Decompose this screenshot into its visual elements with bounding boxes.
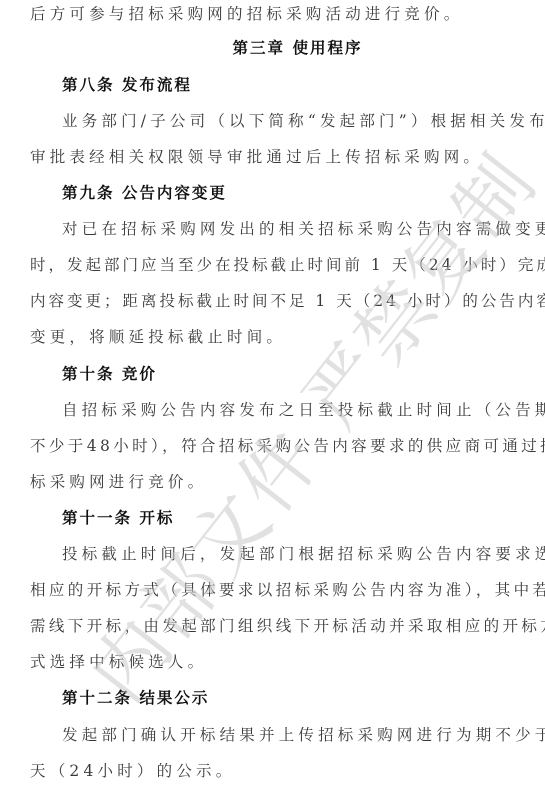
article-12-heading: 第十二条 结果公示 [62,680,492,716]
article-10-paragraph-line: 自招标采购公告内容发布之日至投标截止时间止（公告期限 [62,392,492,428]
article-10-paragraph-line: 不少于48小时），符合招标采购公告内容要求的供应商可通过招 [30,428,492,464]
chapter-title: 第三章 使用程序 [0,30,545,66]
article-8-heading: 第八条 发布流程 [62,67,492,103]
article-9-heading: 第九条 公告内容变更 [62,175,492,211]
article-9-paragraph-line: 内容变更；距离投标截止时间不足 1 天（24 小时）的公告内容 [30,283,492,319]
article-11-paragraph-line: 相应的开标方式（具体要求以招标采购公告内容为准），其中若 [30,572,492,608]
article-12-paragraph-line: 发起部门确认开标结果并上传招标采购网进行为期不少于1 [62,717,492,753]
article-12-paragraph-line: 天（24小时）的公示。 [30,753,492,789]
article-9-paragraph-line: 时，发起部门应当至少在投标截止时间前 1 天（24 小时）完成 [30,247,492,283]
article-8-paragraph-line: 审批表经相关权限领导审批通过后上传招标采购网。 [30,139,492,175]
document-page: 后方可参与招标采购网的招标采购活动进行竞价。 第三章 使用程序 第八条 发布流程… [0,0,545,798]
article-10-heading: 第十条 竞价 [62,356,492,392]
article-11-heading: 第十一条 开标 [62,500,492,536]
article-8-paragraph-line: 业务部门/子公司（以下简称“发起部门”）根据相关发布 [62,103,492,139]
article-10-paragraph-line: 标采购网进行竞价。 [30,464,492,500]
continuation-line: 后方可参与招标采购网的招标采购活动进行竞价。 [30,0,492,32]
article-11-paragraph-line: 式选择中标候选人。 [30,644,492,680]
article-9-paragraph-line: 变更，将顺延投标截止时间。 [30,319,492,355]
article-9-paragraph-line: 对已在招标采购网发出的相关招标采购公告内容需做变更 [62,211,492,247]
article-11-paragraph-line: 投标截止时间后，发起部门根据招标采购公告内容要求选择 [62,536,492,572]
article-11-paragraph-line: 需线下开标，由发起部门组织线下开标活动并采取相应的开标方 [30,608,492,644]
